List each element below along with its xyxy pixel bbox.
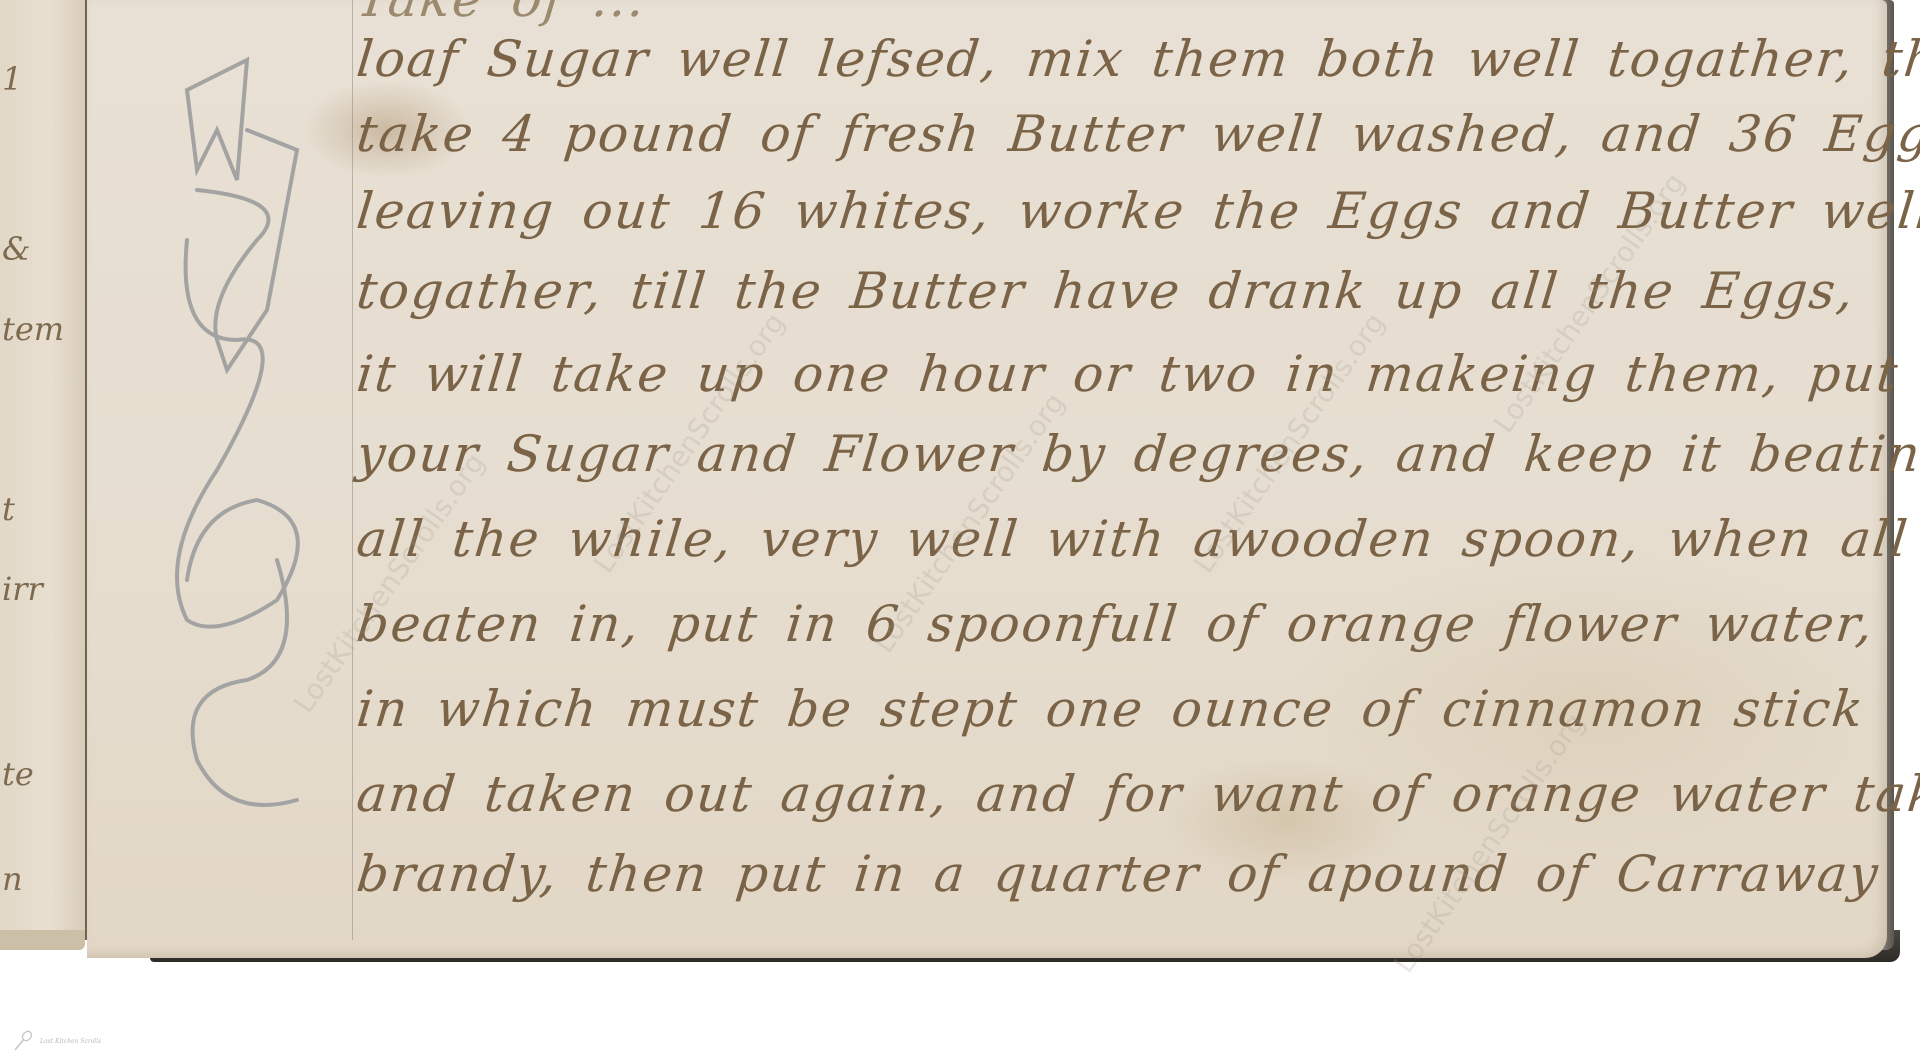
manuscript-line: loaf Sugar well lefsed, mix them both we… <box>354 30 1920 88</box>
left-page-fragment: irr <box>2 570 43 608</box>
watermark: LostKitchenScrolls.org <box>1387 707 1591 979</box>
manuscript-line: and taken out again, and for want of ora… <box>354 765 1920 823</box>
left-page-fragment: 1 <box>2 60 22 98</box>
manuscript-line: brandy, then put in a quarter of apound … <box>354 845 1883 903</box>
spoon-icon <box>12 1030 34 1052</box>
manuscript-line: your Sugar and Flower by degrees, and ke… <box>354 425 1920 483</box>
left-page-edge <box>0 930 85 950</box>
manuscript-line: togather, till the Butter have drank up … <box>354 262 1858 320</box>
left-page-fragment: tem <box>2 310 64 348</box>
manuscript-line: in which must be stept one ounce of cinn… <box>354 680 1868 738</box>
left-page-fragment: te <box>2 755 34 793</box>
left-page-fragment: n <box>2 860 23 898</box>
manuscript-line: it will take up one hour or two in makei… <box>354 345 1920 403</box>
credit-logo: Lost Kitchen Scrolls <box>12 1030 101 1052</box>
manuscript-line: take 4 pound of fresh Butter well washed… <box>354 105 1920 163</box>
manuscript-line: Take of ... <box>354 0 649 28</box>
left-page-fragment: & <box>2 230 30 268</box>
credit-text: Lost Kitchen Scrolls <box>40 1038 101 1045</box>
right-page: Take of ... loaf Sugar well lefsed, mix … <box>87 0 1887 958</box>
left-page: 1 & tem t irr te n <box>0 0 87 940</box>
pencil-numerals-icon <box>157 40 357 840</box>
manuscript-line: beaten in, put in 6 spoonfull of orange … <box>354 595 1877 653</box>
manuscript-scan: 1 & tem t irr te n Take of ... loaf Suga… <box>0 0 1920 1055</box>
left-page-fragment: t <box>2 490 15 528</box>
